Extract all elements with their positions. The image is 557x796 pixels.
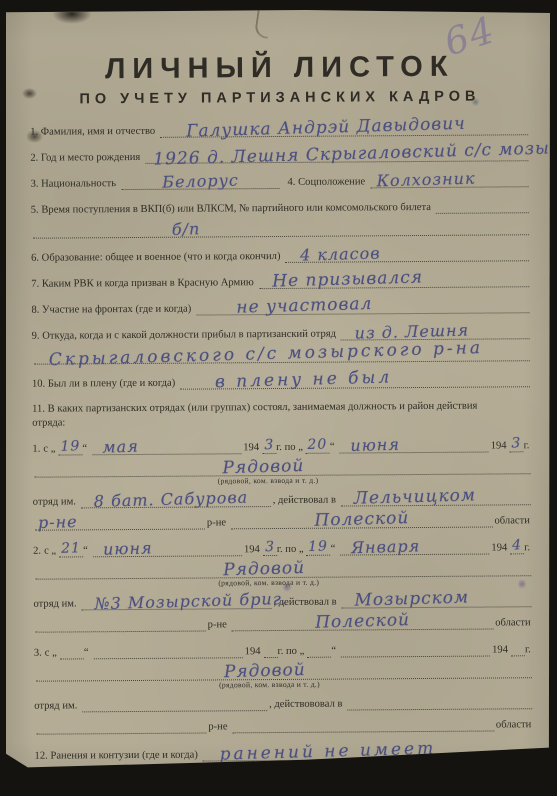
to-year: 4 xyxy=(510,538,524,553)
field-row-party-line2: б/п xyxy=(31,220,531,238)
to-year: 3 xyxy=(509,436,523,451)
rule-fill: Полеской xyxy=(232,615,493,632)
from-day xyxy=(60,658,84,659)
from-day: 21 xyxy=(59,541,83,557)
rule-fill: 4 xyxy=(510,539,524,554)
otryad-name: 8 бат. Сабурова xyxy=(94,490,249,509)
field-value-name: Галушка Андрэй Давыдович xyxy=(186,117,466,140)
field-value-wounds: ранений не имеет xyxy=(219,742,436,763)
rule-fill xyxy=(60,644,84,659)
field-value-nationality: Белорус xyxy=(162,172,239,189)
rule-fill: 1926 д. Лешня Скрыгаловский с/с мозыр. р… xyxy=(145,146,528,164)
service-entry-3-region: р-не области xyxy=(34,716,534,734)
rule-fill: Белорус xyxy=(121,174,279,190)
rule-fill: 19 xyxy=(58,440,82,455)
field-value-rvk: Не призывался xyxy=(272,270,423,289)
rule-fill: 3 xyxy=(510,437,524,452)
printed-token: г. по „ xyxy=(277,543,307,556)
printed-token: отряд им. xyxy=(34,699,80,712)
printed-token: “ xyxy=(83,544,91,557)
acted-in: Мозырском xyxy=(355,590,470,608)
printed-token: , действововал в xyxy=(269,698,346,712)
printed-token: с „ xyxy=(44,545,59,558)
field-value-education: 4 класов xyxy=(300,245,381,262)
rule-fill: ранений не имеет xyxy=(203,744,533,761)
region-value: Полеской xyxy=(315,613,410,631)
service-entry-2-region: р-не Полеской области xyxy=(34,614,534,632)
to-month: июня xyxy=(350,437,400,453)
scanned-document: 64 ЛИЧНЫЙ ЛИСТОК ПО УЧЕТУ ПАРТИЗАНСКИХ К… xyxy=(0,0,557,796)
field-label-social: 4. Соцположение xyxy=(281,175,368,189)
printed-token: 194 xyxy=(245,645,264,658)
acted-in: Лельчицком xyxy=(354,488,477,506)
printed-token: г. по „ xyxy=(276,441,306,454)
rule-fill: р-не xyxy=(35,515,205,531)
printed-token: “ xyxy=(330,441,338,454)
rule-fill xyxy=(347,694,532,710)
printed-token: области xyxy=(496,718,535,731)
printed-token: “ xyxy=(82,442,90,455)
field-row-nationality-social: 3. Национальность Белорус 4. Соцположени… xyxy=(30,172,530,190)
position-value: Рядовой xyxy=(224,561,306,578)
printed-token: “ xyxy=(331,645,339,658)
service-entry-1-dates: 1. с „ 19 “ мая 194 3 г. по „ 20 “ июня … xyxy=(32,437,532,455)
region-left: р-не xyxy=(38,514,78,530)
printed-token: 194 xyxy=(491,541,510,554)
printed-token: с „ xyxy=(45,647,60,660)
from-year: 3 xyxy=(262,438,276,453)
printed-token: р-не xyxy=(208,618,230,631)
rule-fill: Галушка Андрэй Давыдович xyxy=(160,120,528,138)
form-subtitle: ПО УЧЕТУ ПАРТИЗАНСКИХ КАДРОВ xyxy=(30,88,530,107)
printed-token: “ xyxy=(331,543,339,556)
printed-token: г. xyxy=(524,439,533,452)
rule-fill xyxy=(232,717,493,734)
service-entry-1-otryad: отряд им. 8 бат. Сабурова , действовал в… xyxy=(33,490,533,508)
rule-fill: из д. Лешня xyxy=(341,324,530,340)
printed-token: 194 xyxy=(492,643,511,656)
printed-token: 194 xyxy=(491,439,510,452)
from-month: мая xyxy=(102,439,139,455)
rule-fill: июня xyxy=(340,438,489,454)
printed-token: р-не xyxy=(208,720,230,733)
field-label-education: 6. Образование: общее и военное (что и к… xyxy=(31,250,283,265)
rule-fill: Мозырском xyxy=(342,592,532,608)
rule-fill xyxy=(36,719,206,735)
rule-fill xyxy=(436,198,529,214)
rule-fill xyxy=(82,696,267,712)
to-day: 20 xyxy=(306,437,330,453)
rule-fill xyxy=(36,617,206,633)
printed-token: с „ xyxy=(43,443,58,456)
rule-fill: 20 xyxy=(306,439,330,454)
field-row-party: 5. Время поступления в ВКП(б) или ВЛКСМ,… xyxy=(31,198,531,216)
field-label-fronts: 8. Участие на фронтах (где и когда) xyxy=(31,303,194,317)
rule-fill: 3 xyxy=(263,541,277,556)
to-day xyxy=(307,656,331,657)
field-row-education: 6. Образование: общее и военное (что и к… xyxy=(31,246,531,264)
printed-token: г. xyxy=(524,541,533,554)
position-value: Рядовой xyxy=(224,663,306,680)
service-section-heading: 11. В каких партизанских отрядах (или гр… xyxy=(32,399,532,430)
from-month: июня xyxy=(103,540,153,556)
rule-fill: июня xyxy=(93,541,242,557)
rule-fill: 4 класов xyxy=(285,246,529,263)
rule-fill: Лельчицком xyxy=(341,490,531,506)
to-month: Января xyxy=(351,538,421,555)
form-content: 64 ЛИЧНЫЙ ЛИСТОК ПО УЧЕТУ ПАРТИЗАНСКИХ К… xyxy=(3,8,552,774)
rule-fill: 3 xyxy=(262,439,276,454)
service-entry-2-otryad: отряд им. №3 Мозырской бриг. , действова… xyxy=(33,592,533,610)
region-value: Полеской xyxy=(314,511,409,529)
field-label-party: 5. Время поступления в ВКП(б) или ВЛКСМ,… xyxy=(31,201,434,217)
rule-fill xyxy=(307,643,331,658)
field-row-wounds: 12. Ранения и контузии (где и когда) ран… xyxy=(34,744,534,762)
printed-token: “ xyxy=(84,646,92,659)
field-label-arrival: 9. Откуда, когда и с какой должности при… xyxy=(32,328,339,343)
paper-sheet: 64 ЛИЧНЫЙ ЛИСТОК ПО УЧЕТУ ПАРТИЗАНСКИХ К… xyxy=(6,10,550,772)
position-value: Рядовой xyxy=(223,459,305,476)
field-value-captivity: в плену не был xyxy=(215,370,393,390)
rule-fill: мая xyxy=(92,439,241,455)
service-entry-2-dates: 2. с „ 21 “ июня 194 3 г. по „ 19 “ Янва… xyxy=(33,539,533,557)
printed-token: 194 xyxy=(243,441,262,454)
service-heading-line1: 11. В каких партизанских отрядах (или гр… xyxy=(32,401,477,415)
printed-token: области xyxy=(494,514,533,527)
printed-token: , действовал в xyxy=(273,494,339,507)
printed-token: отряд им. xyxy=(33,495,79,508)
rule-fill xyxy=(263,643,277,658)
field-row-arrival-line2: Скрыгаловского с/с мозырского р-на xyxy=(32,346,532,364)
field-label-rvk: 7. Каким РВК и когда призван в Красную А… xyxy=(31,276,257,291)
rule-fill: 19 xyxy=(307,541,331,556)
field-row-name: 1. Фамилия, имя и отчество Галушка Андрэ… xyxy=(30,120,530,138)
from-year: 3 xyxy=(263,540,277,555)
printed-token: г. по „ xyxy=(277,645,307,658)
printed-token: р-не xyxy=(207,516,229,529)
rule-fill xyxy=(341,642,490,658)
rule-fill: Скрыгаловского с/с мозырского р-на xyxy=(34,346,530,364)
field-label-name: 1. Фамилия, имя и отчество xyxy=(30,125,158,139)
rule-fill xyxy=(93,643,242,659)
rule-fill xyxy=(511,641,525,656)
field-row-birth: 2. Год и место рождения 1926 д. Лешня Ск… xyxy=(30,146,530,164)
rule-fill: Полеской xyxy=(231,513,492,530)
field-value-party: б/п xyxy=(172,221,201,237)
rule-fill: 21 xyxy=(59,542,83,557)
field-value-birth: 1926 д. Лешня Скрыгаловский с/с мозыр. р… xyxy=(153,140,557,168)
from-day: 19 xyxy=(58,439,82,455)
rule-fill: №3 Мозырской бриг. xyxy=(82,594,272,610)
entry-number: 2. xyxy=(33,545,44,558)
printed-token: области xyxy=(495,616,534,629)
printed-token: 194 xyxy=(244,543,263,556)
service-entry-3-otryad: отряд им. , действововал в xyxy=(34,694,534,712)
rule-fill: б/п xyxy=(33,220,529,238)
entry-number: 1. xyxy=(32,443,43,456)
field-row-fronts: 8. Участие на фронтах (где и когда) не у… xyxy=(31,298,531,316)
service-heading-line2: отряда: xyxy=(32,417,65,428)
entry-number: 3. xyxy=(34,647,45,660)
rule-fill: 8 бат. Сабурова xyxy=(81,492,271,508)
rule-fill: не участовал xyxy=(196,298,529,315)
to-day: 19 xyxy=(306,539,330,555)
field-label-nationality: 3. Национальность xyxy=(31,177,120,191)
printed-token: отряд им. xyxy=(33,597,79,610)
printed-token: г. xyxy=(525,643,534,656)
field-row-rvk: 7. Каким РВК и когда призван в Красную А… xyxy=(31,272,531,290)
rule-fill: Колхозник xyxy=(370,172,528,188)
rule-fill: Не призывался xyxy=(259,272,530,289)
otryad-name: №3 Мозырской бриг. xyxy=(95,591,289,611)
rule-fill: в плену не был xyxy=(180,372,530,389)
field-value-social: Колхозник xyxy=(376,171,475,189)
service-entry-1-region: р-не р-не Полеской области xyxy=(33,512,533,530)
field-row-captivity: 10. Был ли в плену (где и когда) в плену… xyxy=(32,372,532,390)
field-label-captivity: 10. Был ли в плену (где и когда) xyxy=(32,377,178,391)
field-label-birth: 2. Год и место рождения xyxy=(30,151,143,165)
service-entry-3-dates: 3. с „ “ 194 г. по „ “ 194 г. xyxy=(34,641,534,659)
field-label-wounds: 12. Ранения и контузии (где и когда) xyxy=(34,749,200,763)
rule-fill: Января xyxy=(340,540,489,556)
field-value-arrival-2: Скрыгаловского с/с мозырского р-на xyxy=(48,341,483,368)
field-value-fronts: не участовал xyxy=(236,297,372,316)
